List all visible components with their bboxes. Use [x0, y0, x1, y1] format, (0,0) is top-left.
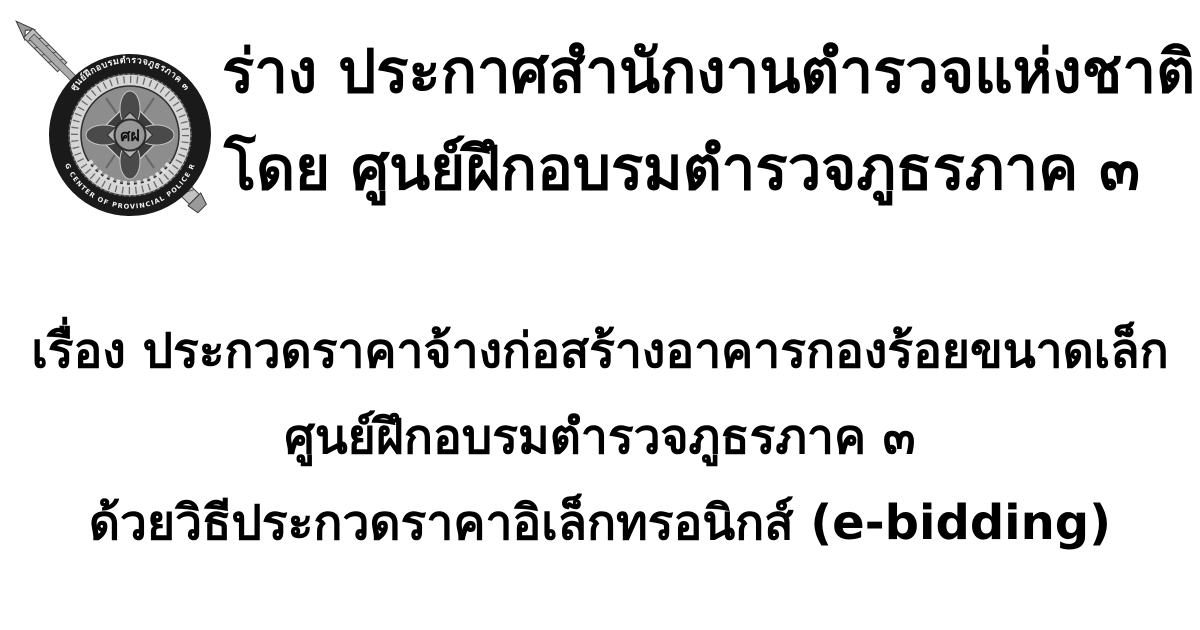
police-training-center-seal-logo: ศูนย์ฝึกอบรมตำรวจภูธรภาค ๓ TRAINING CENT… — [14, 16, 219, 221]
title-block: ร่าง ประกาศสำนักงานตำรวจแห่งชาติ โดย ศูน… — [222, 0, 1142, 218]
subject-block: เรื่อง ประกวดราคาจ้างก่อสร้างอาคารกองร้อ… — [0, 308, 1200, 566]
seal-monogram-text: ศฝ — [120, 126, 140, 145]
title-line-1: ร่าง ประกาศสำนักงานตำรวจแห่งชาติ — [222, 24, 1142, 121]
title-line-2: โดย ศูนย์ฝึกอบรมตำรวจภูธรภาค ๓ — [222, 121, 1142, 218]
subject-line-1: เรื่อง ประกวดราคาจ้างก่อสร้างอาคารกองร้อ… — [0, 308, 1200, 394]
announcement-banner: ศูนย์ฝึกอบรมตำรวจภูธรภาค ๓ TRAINING CENT… — [0, 0, 1200, 630]
subject-line-3: ด้วยวิธีประกวดราคาอิเล็กทรอนิกส์ (e-bidd… — [0, 480, 1200, 566]
subject-line-2: ศูนย์ฝึกอบรมตำรวจภูธรภาค ๓ — [0, 394, 1200, 480]
header: ศูนย์ฝึกอบรมตำรวจภูธรภาค ๓ TRAINING CENT… — [0, 0, 1200, 218]
